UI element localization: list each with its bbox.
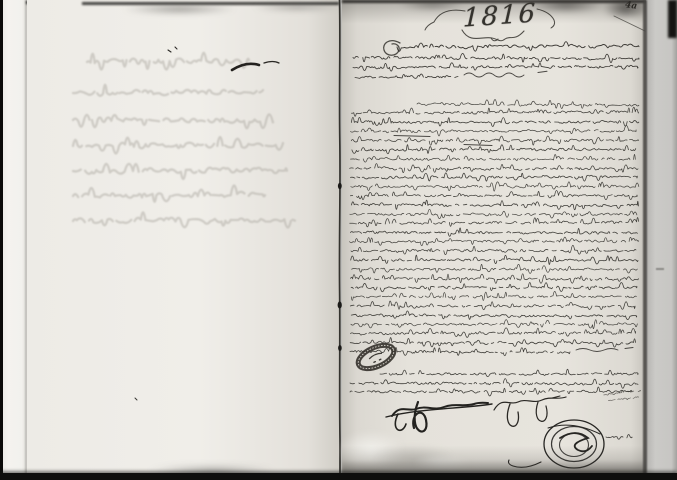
ink-marks xyxy=(27,0,339,474)
right-page: 1816 4a xyxy=(342,0,646,474)
margin-dash-mark xyxy=(656,268,664,270)
scanned-register-spread: 1816 4a xyxy=(0,0,677,480)
scan-left-edge xyxy=(0,0,3,480)
scan-bottom-border xyxy=(0,473,677,480)
right-margin-strip xyxy=(646,0,677,480)
left-page xyxy=(27,0,339,474)
page-edge-line xyxy=(643,0,647,474)
signatures xyxy=(342,0,646,474)
signature-1 xyxy=(386,402,492,432)
signature-2 xyxy=(494,396,566,426)
bottom-shadow-band xyxy=(342,460,646,474)
left-margin-strip xyxy=(0,0,27,480)
top-right-scan-corner xyxy=(668,0,677,38)
